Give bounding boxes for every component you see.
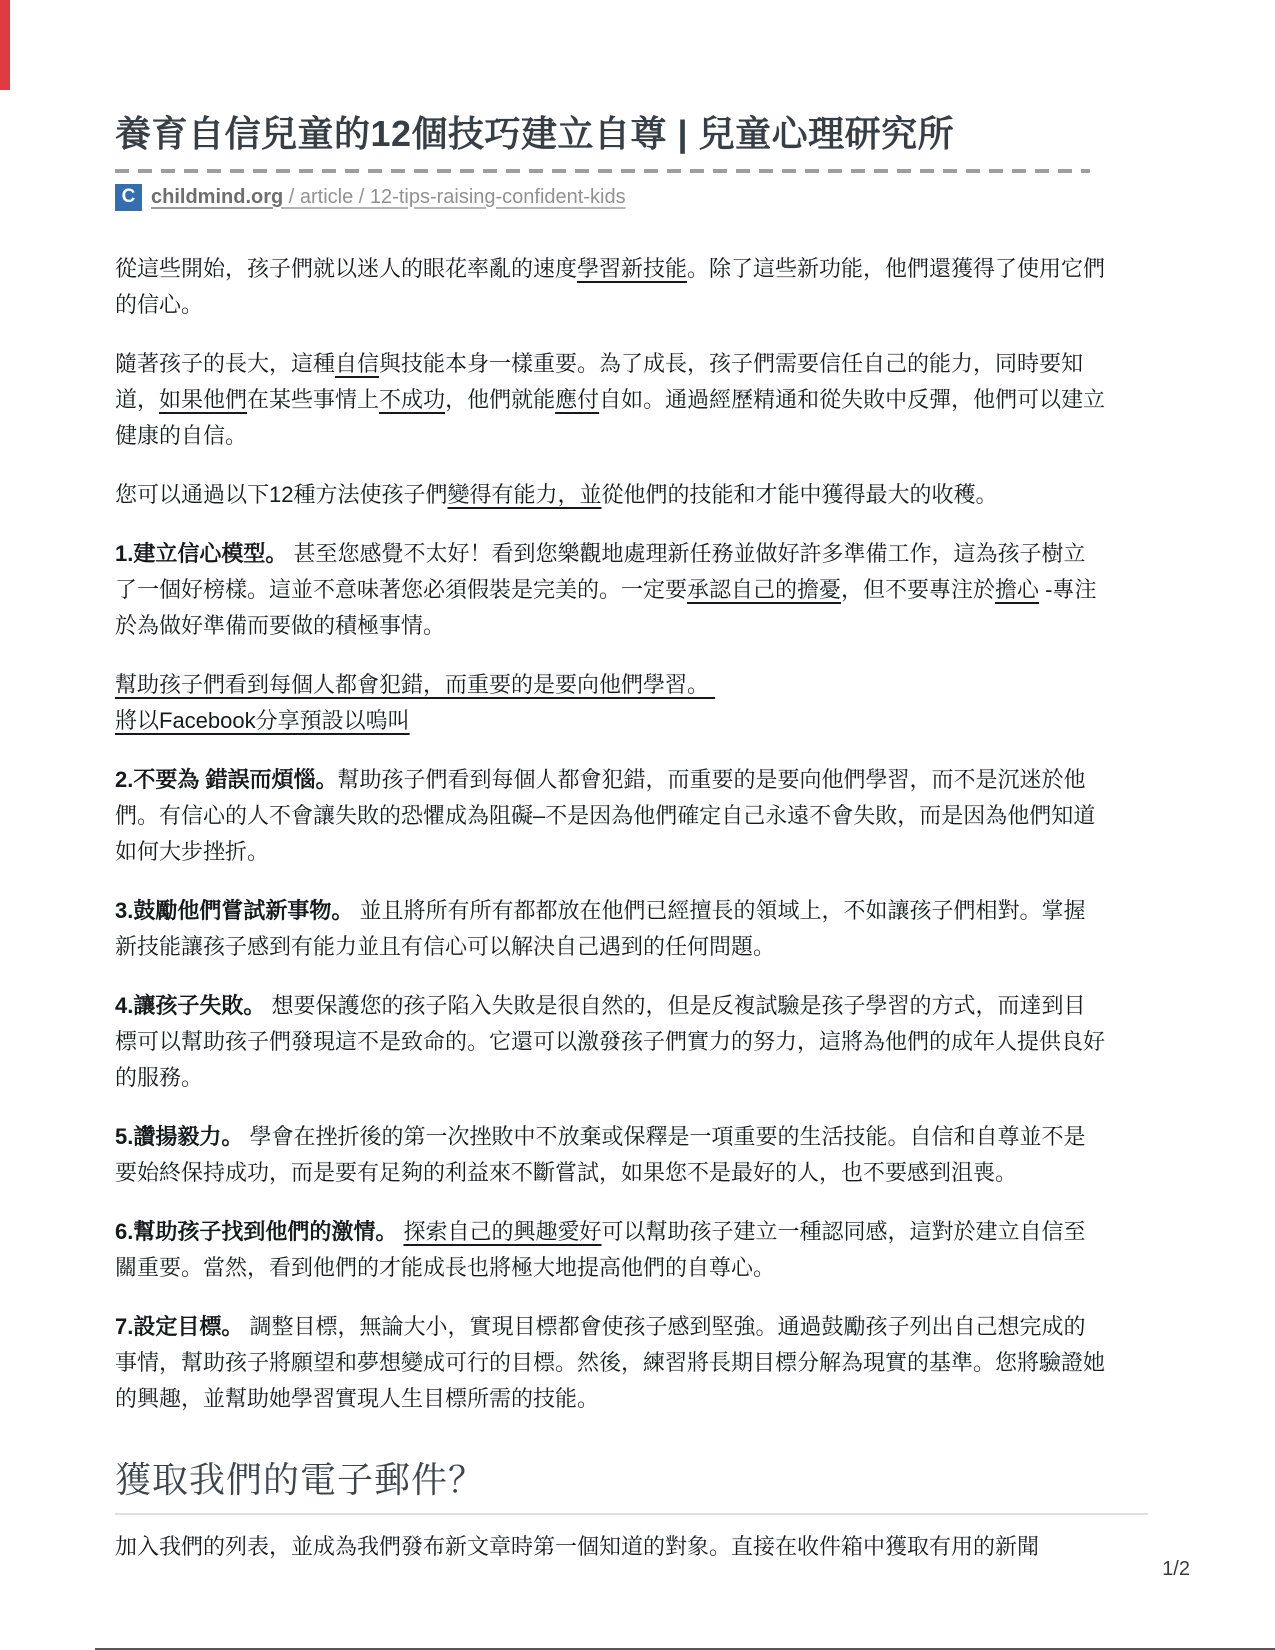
share-links-block: 幫助孩子們看到每個人都會犯錯，而重要的是要向他們學習。 將以Facebook分享… <box>115 667 1107 739</box>
email-section-divider <box>115 1513 1148 1515</box>
email-section-text: 加入我們的列表，並成為我們發布新文章時第一個知道的對象。直接在收件箱中獲取有用的… <box>115 1529 1107 1565</box>
inline-link[interactable]: 承認自己的擔憂 <box>687 577 841 602</box>
breadcrumb-path-link[interactable]: / article / 12-tips-raising-confident-ki… <box>283 186 625 209</box>
text-run: 您可以通過以下12種方法使孩子們 <box>115 482 447 507</box>
email-section-heading: 獲取我們的電子郵件？ <box>115 1457 1107 1503</box>
site-favicon-icon: C <box>115 184 142 211</box>
text-run: 隨著孩子的長大，這種 <box>115 351 335 376</box>
inline-link[interactable]: 將以Facebook分享預設以嗚叫 <box>115 708 410 733</box>
text-run: 從他們的技能和才能中獲得最大的收穫。 <box>602 482 998 507</box>
intro-paragraph-2: 隨著孩子的長大，這種自信與技能本身一樣重要。為了成長，孩子們需要信任自己的能力，… <box>115 346 1107 454</box>
tip-label: 2.不要為 錯誤而煩惱。 <box>115 767 337 792</box>
tip-label: 6.幫助孩子找到他們的激情。 <box>115 1219 397 1244</box>
text-run: ，但不要專注於 <box>841 577 995 602</box>
inline-link[interactable]: 擔心 <box>995 577 1039 602</box>
text-run: 學會在挫折後的第一次挫敗中不放棄或保釋是一項重要的生活技能。自信和自尊並不是要始… <box>115 1124 1085 1185</box>
dashed-divider <box>115 169 1090 173</box>
tip-3: 3.鼓勵他們嘗試新事物。 並且將所有所有都都放在他們已經擅長的領域上，不如讓孩子… <box>115 893 1107 965</box>
text-run: 調整目標，無論大小，實現目標都會使孩子感到堅強。通過鼓勵孩子列出自己想完成的事情… <box>115 1314 1105 1411</box>
intro-paragraph-3: 您可以通過以下12種方法使孩子們變得有能力，並從他們的技能和才能中獲得最大的收穫… <box>115 477 1107 513</box>
tip-1: 1.建立信心模型。 甚至您感覺不太好！看到您樂觀地處理新任務並做好許多準備工作，… <box>115 536 1107 644</box>
breadcrumb-domain-link[interactable]: childmind.org <box>151 186 283 209</box>
tip-label: 3.鼓勵他們嘗試新事物。 <box>115 898 353 923</box>
tip-7: 7.設定目標。 調整目標，無論大小，實現目標都會使孩子感到堅強。通過鼓勵孩子列出… <box>115 1309 1107 1417</box>
breadcrumb: C childmind.org / article / 12-tips-rais… <box>115 183 1107 211</box>
page-title: 養育自信兒童的12個技巧建立自尊 | 兒童心理研究所 <box>115 112 1107 156</box>
article-body: 從這些開始，孩子們就以迷人的眼花率亂的速度學習新技能。除了這些新功能，他們還獲得… <box>115 251 1107 1417</box>
inline-link[interactable]: 探索自己的興趣愛好 <box>403 1219 601 1244</box>
tip-label: 7.設定目標。 <box>115 1314 243 1339</box>
inline-link[interactable]: 學習新技能 <box>577 256 687 281</box>
text-run: 在某些事情上 <box>247 387 379 412</box>
intro-paragraph-1: 從這些開始，孩子們就以迷人的眼花率亂的速度學習新技能。除了這些新功能，他們還獲得… <box>115 251 1107 323</box>
inline-link[interactable]: 幫助孩子們看到每個人都會犯錯，而重要的是要向他們學習。 <box>115 672 715 697</box>
article-page: 養育自信兒童的12個技巧建立自尊 | 兒童心理研究所 C childmind.o… <box>115 0 1107 1565</box>
tip-label: 1.建立信心模型。 <box>115 541 287 566</box>
tip-label: 5.讚揚毅力。 <box>115 1124 243 1149</box>
inline-link[interactable]: 如果他們 <box>159 387 247 412</box>
tip-4: 4.讓孩子失敗。 想要保護您的孩子陷入失敗是很自然的，但是反複試驗是孩子學習的方… <box>115 988 1107 1096</box>
tip-2: 2.不要為 錯誤而煩惱。幫助孩子們看到每個人都會犯錯，而重要的是要向他們學習，而… <box>115 762 1107 870</box>
tip-5: 5.讚揚毅力。 學會在挫折後的第一次挫敗中不放棄或保釋是一項重要的生活技能。自信… <box>115 1119 1107 1191</box>
tip-label: 4.讓孩子失敗。 <box>115 993 265 1018</box>
page-number: 1/2 <box>1162 1558 1190 1581</box>
text-run: ，他們就能 <box>445 387 555 412</box>
tip-6: 6.幫助孩子找到他們的激情。 探索自己的興趣愛好可以幫助孩子建立一種認同感，這對… <box>115 1214 1107 1286</box>
red-accent-bar <box>0 0 10 90</box>
inline-link[interactable]: 不成功 <box>379 387 445 412</box>
inline-link[interactable]: 應付 <box>555 387 599 412</box>
inline-link[interactable]: 自信 <box>335 351 379 376</box>
inline-link[interactable]: 變得有能力，並 <box>447 482 601 507</box>
text-run: 從這些開始，孩子們就以迷人的眼花率亂的速度 <box>115 256 577 281</box>
